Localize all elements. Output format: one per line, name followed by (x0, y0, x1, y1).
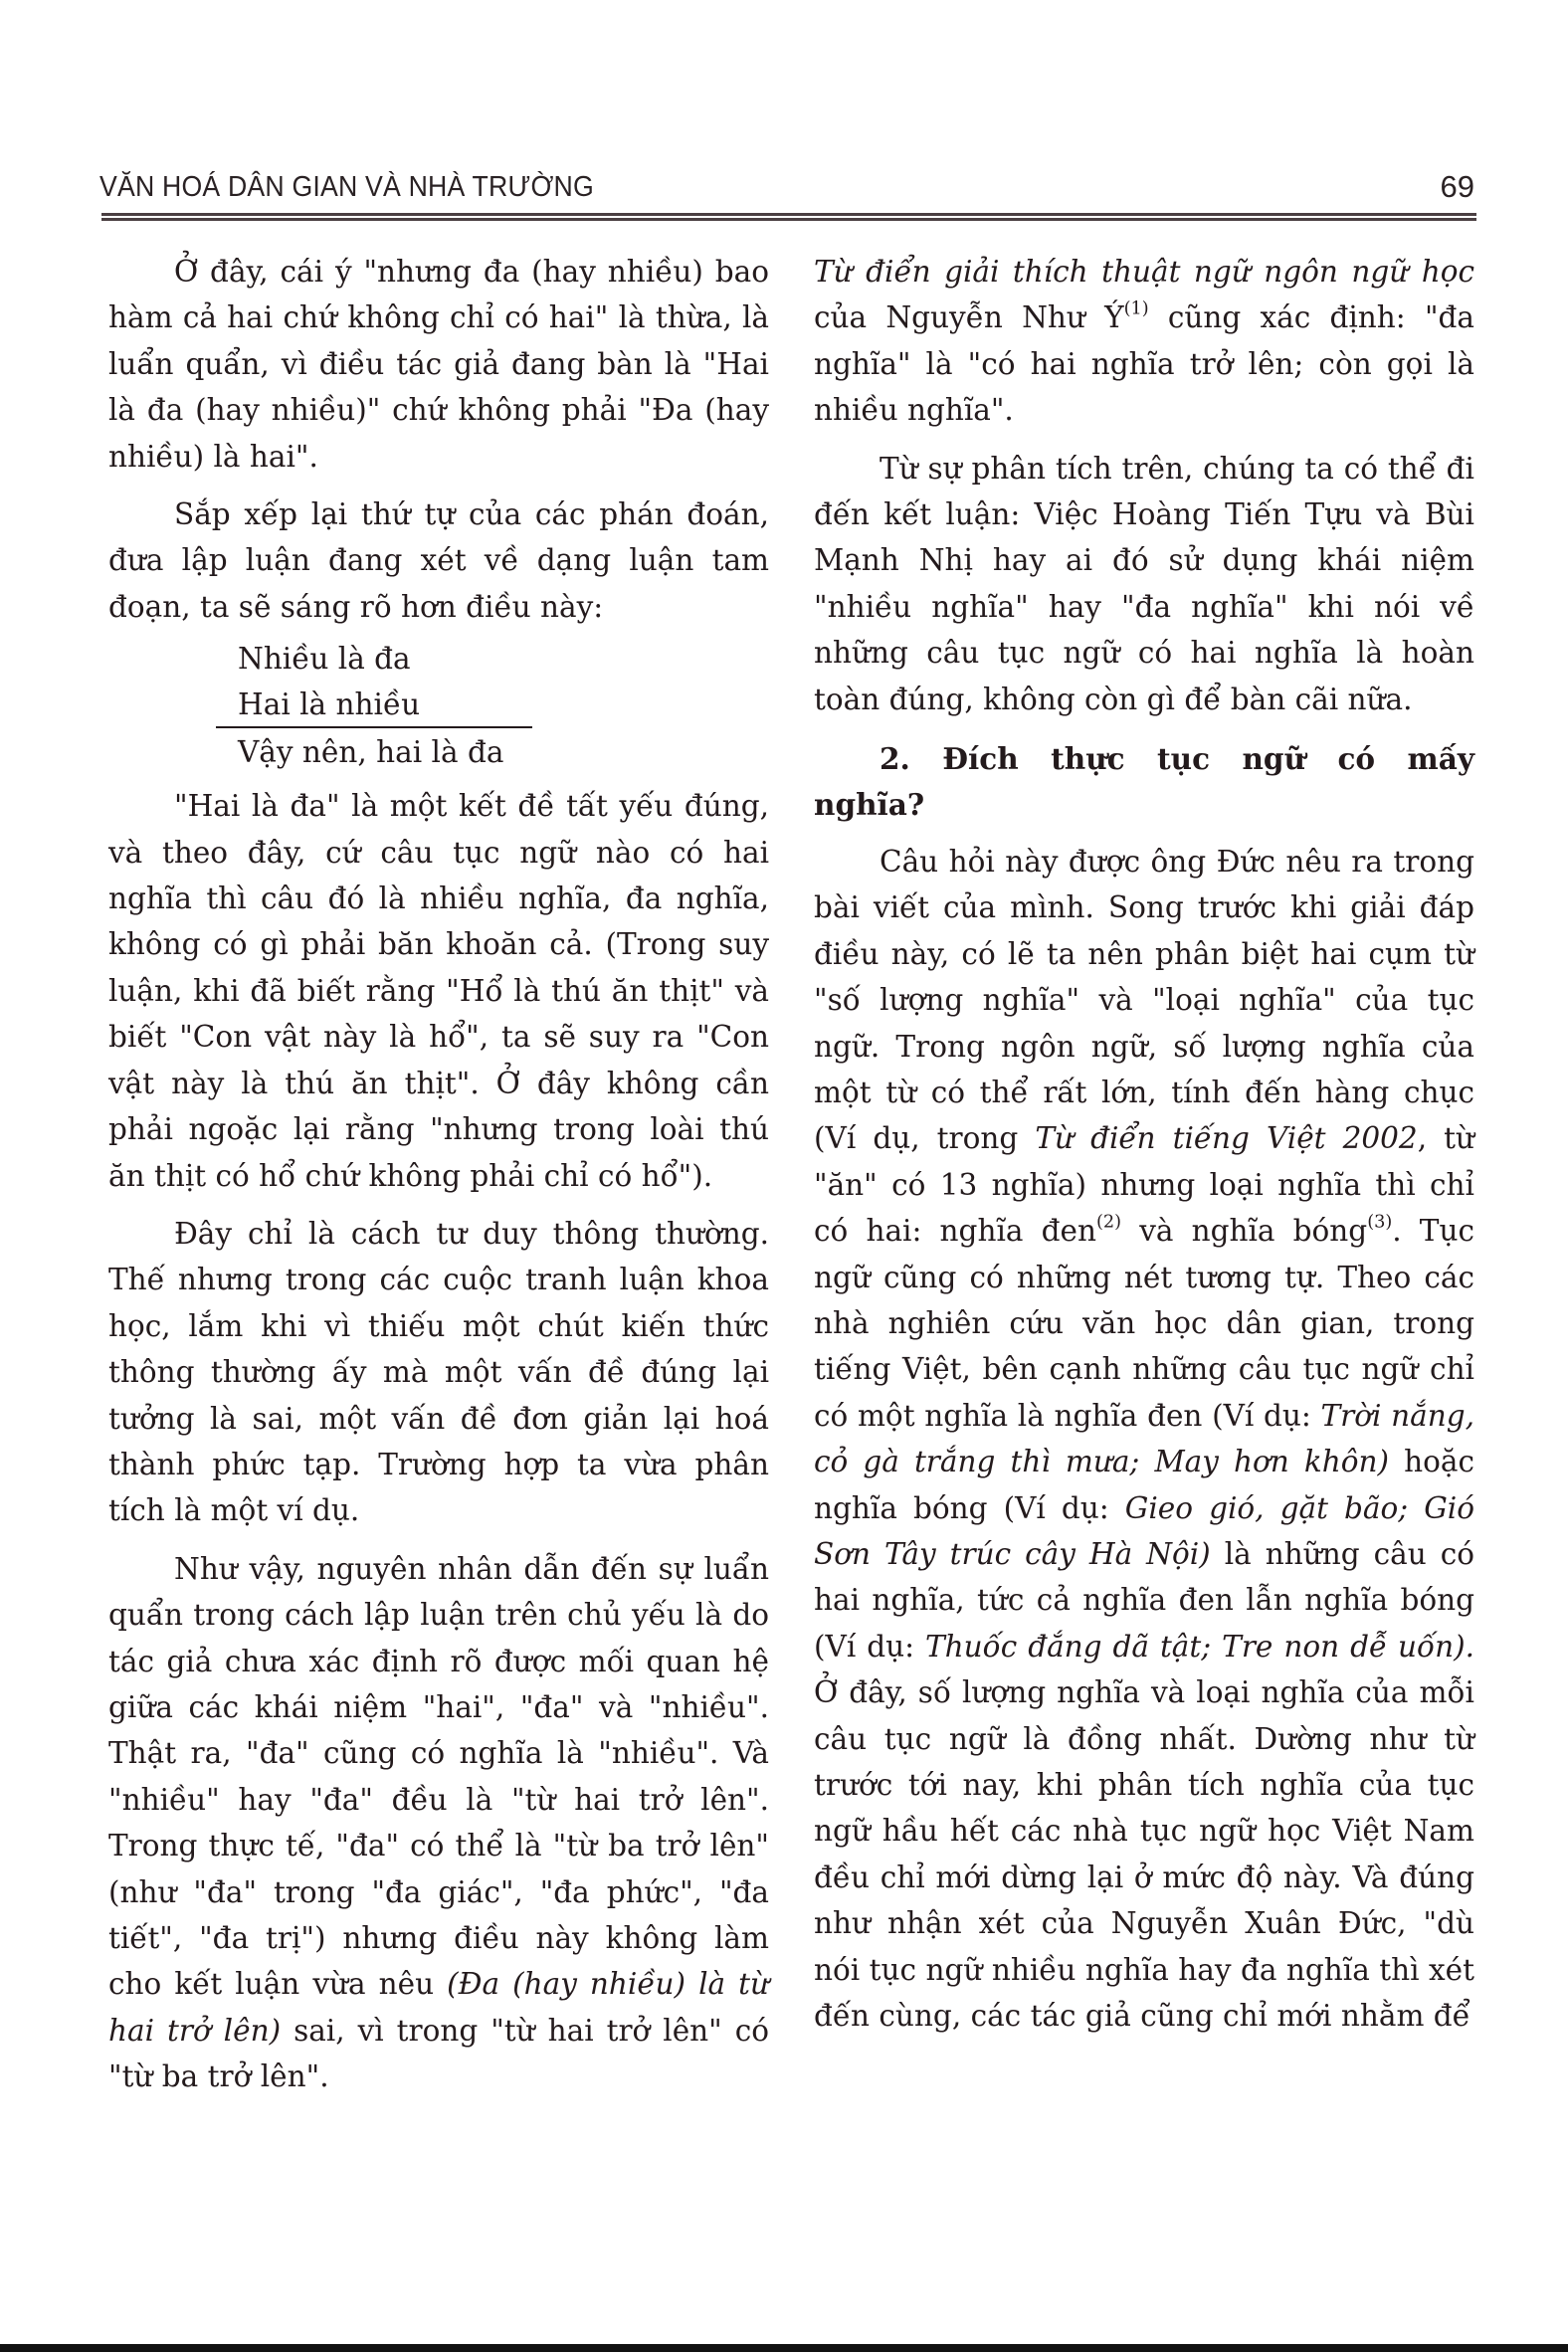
header-rule-bottom (101, 218, 1476, 221)
paragraph: Câu hỏi này được ông Đức nêu ra trong bà… (814, 839, 1474, 2040)
italic-example: Thuốc đắng dã tật; Tre non dễ uốn). (925, 1630, 1474, 1664)
paragraph-continued: Từ điển giải thích thuật ngữ ngôn ngữ họ… (814, 249, 1474, 434)
scan-bottom-edge (0, 2344, 1568, 2352)
conclusion: Vậy nên, hai là đa (238, 729, 769, 775)
header-rule-top (101, 213, 1476, 216)
text-run: Câu hỏi này được ông Đức nêu ra trong bà… (814, 845, 1474, 1155)
text-run: Như vậy, nguyên nhân dẫn đến sự luẩn quẩ… (108, 1552, 769, 2002)
minor-premise: Hai là nhiều (238, 682, 769, 727)
paragraph: Sắp xếp lại thứ tự của các phán đoán, đư… (108, 491, 769, 630)
text-run: và nghĩa bóng (1121, 1214, 1367, 1248)
major-premise: Nhiều là đa (238, 636, 769, 682)
right-column: Từ điển giải thích thuật ngữ ngôn ngữ họ… (814, 249, 1474, 2039)
paragraph: Từ sự phân tích trên, chúng ta có thể đi… (814, 446, 1474, 722)
footnote-ref: (3) (1367, 1213, 1392, 1233)
paragraph: Như vậy, nguyên nhân dẫn đến sự luẩn quẩ… (108, 1546, 769, 2100)
paragraph: Ở đây, cái ý "nhưng đa (hay nhiều) bao h… (108, 249, 769, 480)
italic-book-title: Từ điển giải thích thuật ngữ ngôn ngữ họ… (814, 255, 1474, 289)
footnote-ref: (1) (1124, 299, 1149, 319)
running-title: VĂN HOÁ DÂN GIAN VÀ NHÀ TRƯỜNG (99, 171, 594, 204)
paragraph: "Hai là đa" là một kết đề tất yếu đúng, … (108, 783, 769, 1199)
syllogism: Nhiều là đa Hai là nhiều Vậy nên, hai là… (108, 636, 769, 775)
italic-text-run: Từ điển tiếng Việt 2002 (1035, 1121, 1417, 1155)
header-double-rule (101, 213, 1476, 222)
footnote-ref: (2) (1096, 1213, 1121, 1233)
text-run: Ở đây, số lượng nghĩa và loại nghĩa của … (814, 1675, 1474, 2033)
page-number: 69 (1441, 169, 1474, 205)
left-column: Ở đây, cái ý "nhưng đa (hay nhiều) bao h… (108, 249, 769, 2100)
page-header: VĂN HOÁ DÂN GIAN VÀ NHÀ TRƯỜNG 69 (99, 167, 1474, 207)
section-heading: 2. Đích thực tục ngữ có mấy nghĩa? (814, 736, 1474, 829)
paragraph: Đây chỉ là cách tư duy thông thường. Thế… (108, 1211, 769, 1534)
text-run: của Nguyễn Như Ý (814, 300, 1124, 334)
